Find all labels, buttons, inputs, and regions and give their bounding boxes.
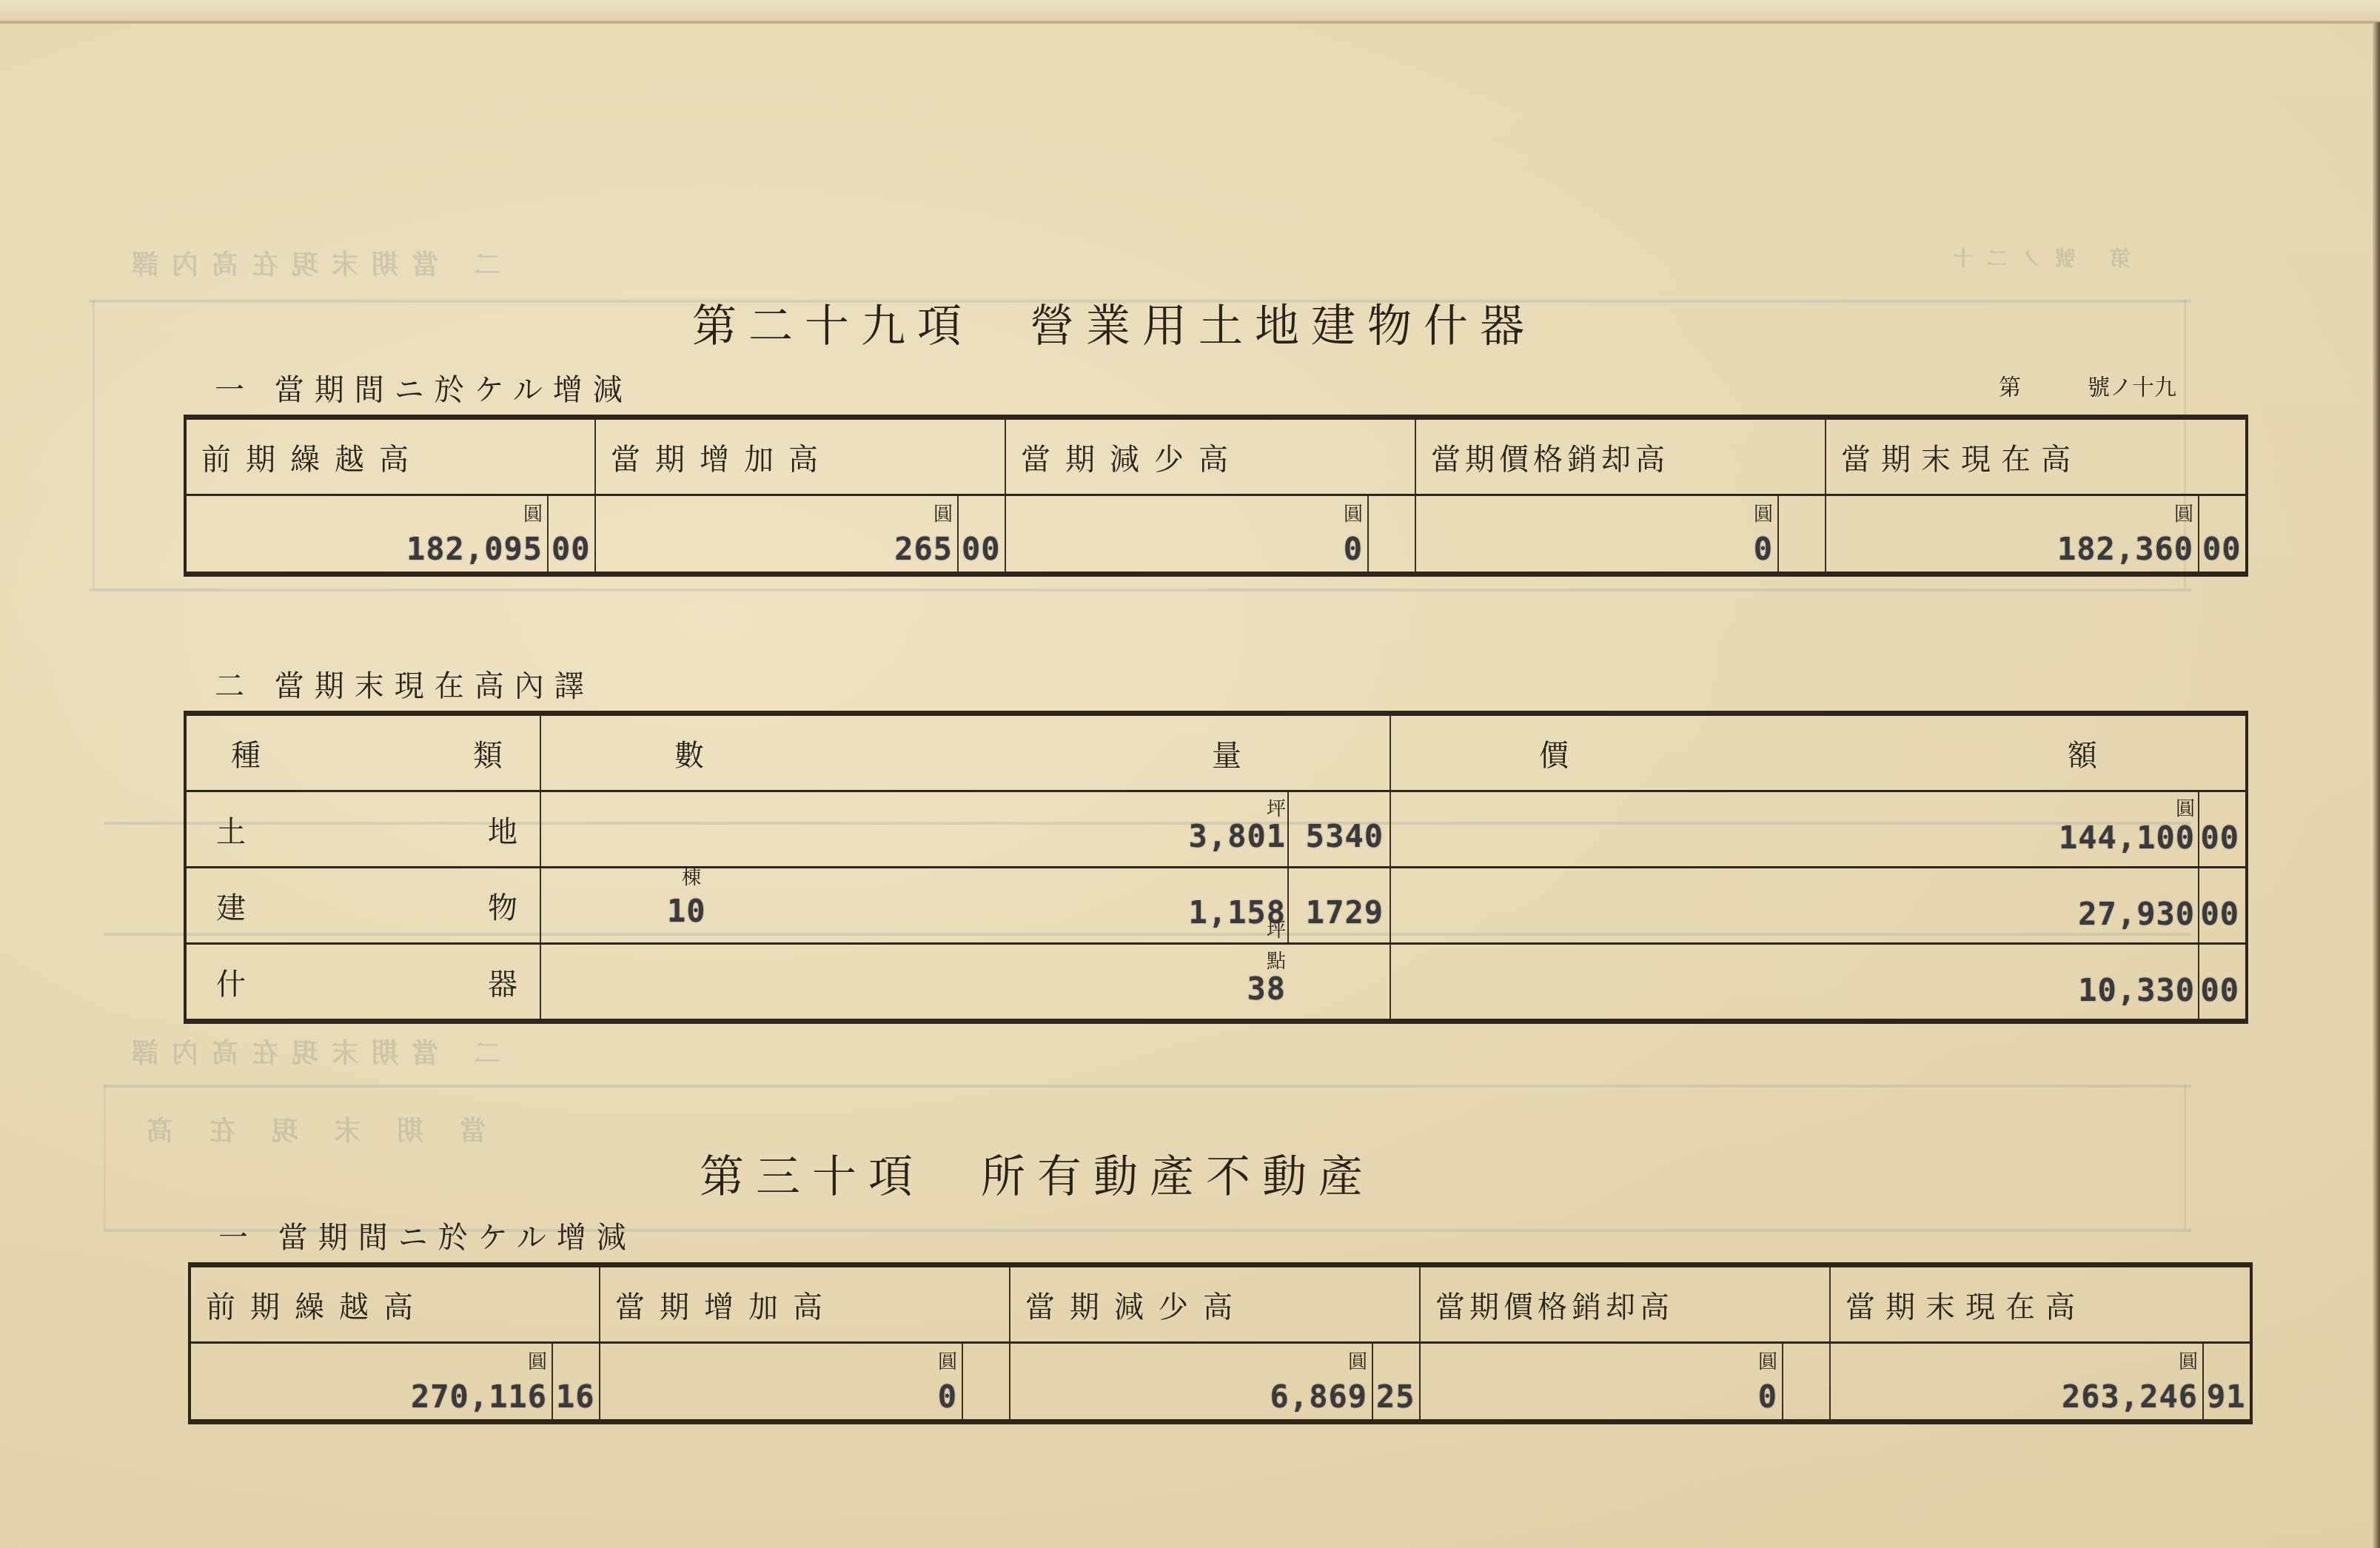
bleed-through-vrule	[104, 1085, 106, 1229]
section-29-part1-heading: 一 當期間ニ於ケル增減	[215, 366, 633, 409]
quantity-cell: 坪 3,801 5340	[540, 791, 1390, 868]
table-header-row: 前期繰越高 當期增加高 當期減少高 當期價格銷却高 當期末現在高	[190, 1265, 2251, 1343]
table-header-row: 前期繰越高 當期增加高 當期減少高 當期價格銷却高 當期末現在高	[185, 418, 2247, 495]
quantity-cell: 棟 10 1,158 坪 1729	[540, 868, 1390, 944]
amount-cell: 圓0	[600, 1343, 1010, 1422]
value-cell: 10,330 00	[1390, 944, 2247, 1022]
amount-cell: 圓182,09500	[185, 495, 595, 574]
table-row-fixtures: 什器 點 38 10,330 00	[185, 944, 2247, 1022]
table-row: 圓182,09500 圓26500 圓0 圓0 圓182,36000	[185, 495, 2247, 574]
scanned-ledger-page: 二 當期末現在高內譯 第 號ノ二十 二 當期末現在高內譯 當 期 末 現 在 高…	[0, 0, 2380, 1548]
col-header-period-end-balance: 當期末現在高	[1826, 418, 2247, 495]
section-29-breakdown-table: 種類 數量 價額 土地 坪 3,801 5340 圓 144,100 00 建物…	[184, 711, 2248, 1024]
kind-cell: 什器	[185, 944, 540, 1022]
bleed-through-vrule	[2184, 1085, 2186, 1229]
col-header-depreciation: 當期價格銷却高	[1420, 1265, 1830, 1343]
section-29-title: 第二十九項 營業用土地建物什器	[692, 291, 1536, 355]
col-header-quantity: 數量	[540, 714, 1390, 791]
col-header-kind: 種類	[185, 714, 540, 791]
col-header-value: 價額	[1390, 714, 2247, 791]
page-fold-edge	[0, 0, 2380, 24]
table-row: 圓270,11616 圓0 圓6,86925 圓0 圓263,24691	[190, 1343, 2251, 1422]
page-right-edge	[2373, 22, 2380, 1548]
bleed-through-heading: 二 當期末現在高內譯	[118, 1033, 501, 1070]
amount-cell: 圓182,36000	[1826, 495, 2247, 574]
table-row-buildings: 建物 棟 10 1,158 坪 1729 27,930 00	[185, 868, 2247, 944]
bleed-through-heading: 二 當期末現在高內譯	[118, 244, 501, 282]
section-30-part1-heading: 一 當期間ニ於ケル增減	[218, 1214, 637, 1256]
ref-suffix: 號ノ十九	[2088, 375, 2176, 401]
kind-cell: 土地	[185, 791, 540, 868]
amount-cell: 圓26500	[595, 495, 1005, 574]
col-header-period-end-balance: 當期末現在高	[1830, 1265, 2251, 1343]
form-reference-number: 第號ノ十九	[1999, 369, 2176, 401]
section-30-title: 第三十項 所有動產不動產	[700, 1142, 1375, 1205]
value-cell: 圓 144,100 00	[1390, 791, 2247, 868]
bleed-through-ref: 第 號ノ二十	[1940, 243, 2131, 272]
col-header-increase: 當期增加高	[595, 418, 1005, 495]
bleed-through-rule	[104, 1085, 2191, 1088]
col-header-depreciation: 當期價格銷却高	[1415, 418, 1826, 495]
amount-cell: 圓0	[1415, 495, 1826, 574]
table-header-row: 種類 數量 價額	[185, 714, 2247, 791]
amount-cell: 圓0	[1420, 1343, 1830, 1422]
col-header-decrease: 當期減少高	[1010, 1265, 1420, 1343]
table-row-land: 土地 坪 3,801 5340 圓 144,100 00	[185, 791, 2247, 868]
section-29-change-table: 前期繰越高 當期增加高 當期減少高 當期價格銷却高 當期末現在高 圓182,09…	[184, 415, 2248, 577]
amount-cell: 圓263,24691	[1830, 1343, 2251, 1422]
amount-cell: 圓6,86925	[1010, 1343, 1420, 1422]
amount-cell: 圓0	[1005, 495, 1415, 574]
col-header-increase: 當期增加高	[600, 1265, 1010, 1343]
quantity-cell: 點 38	[540, 944, 1390, 1022]
value-cell: 27,930 00	[1390, 868, 2247, 944]
bleed-through-vrule	[93, 300, 95, 589]
amount-cell: 圓270,11616	[190, 1343, 600, 1422]
col-header-carried-forward: 前期繰越高	[190, 1265, 600, 1343]
col-header-carried-forward: 前期繰越高	[185, 418, 595, 495]
bleed-through-header: 當 期 末 現 在 高	[133, 1110, 486, 1148]
ref-prefix: 第	[1999, 375, 2021, 401]
col-header-decrease: 當期減少高	[1005, 418, 1415, 495]
kind-cell: 建物	[185, 868, 540, 944]
bleed-through-rule	[89, 589, 2191, 592]
section-30-change-table: 前期繰越高 當期增加高 當期減少高 當期價格銷却高 當期末現在高 圓270,11…	[188, 1262, 2253, 1424]
section-29-part2-heading: 二 當期末現在高內譯	[215, 663, 594, 705]
